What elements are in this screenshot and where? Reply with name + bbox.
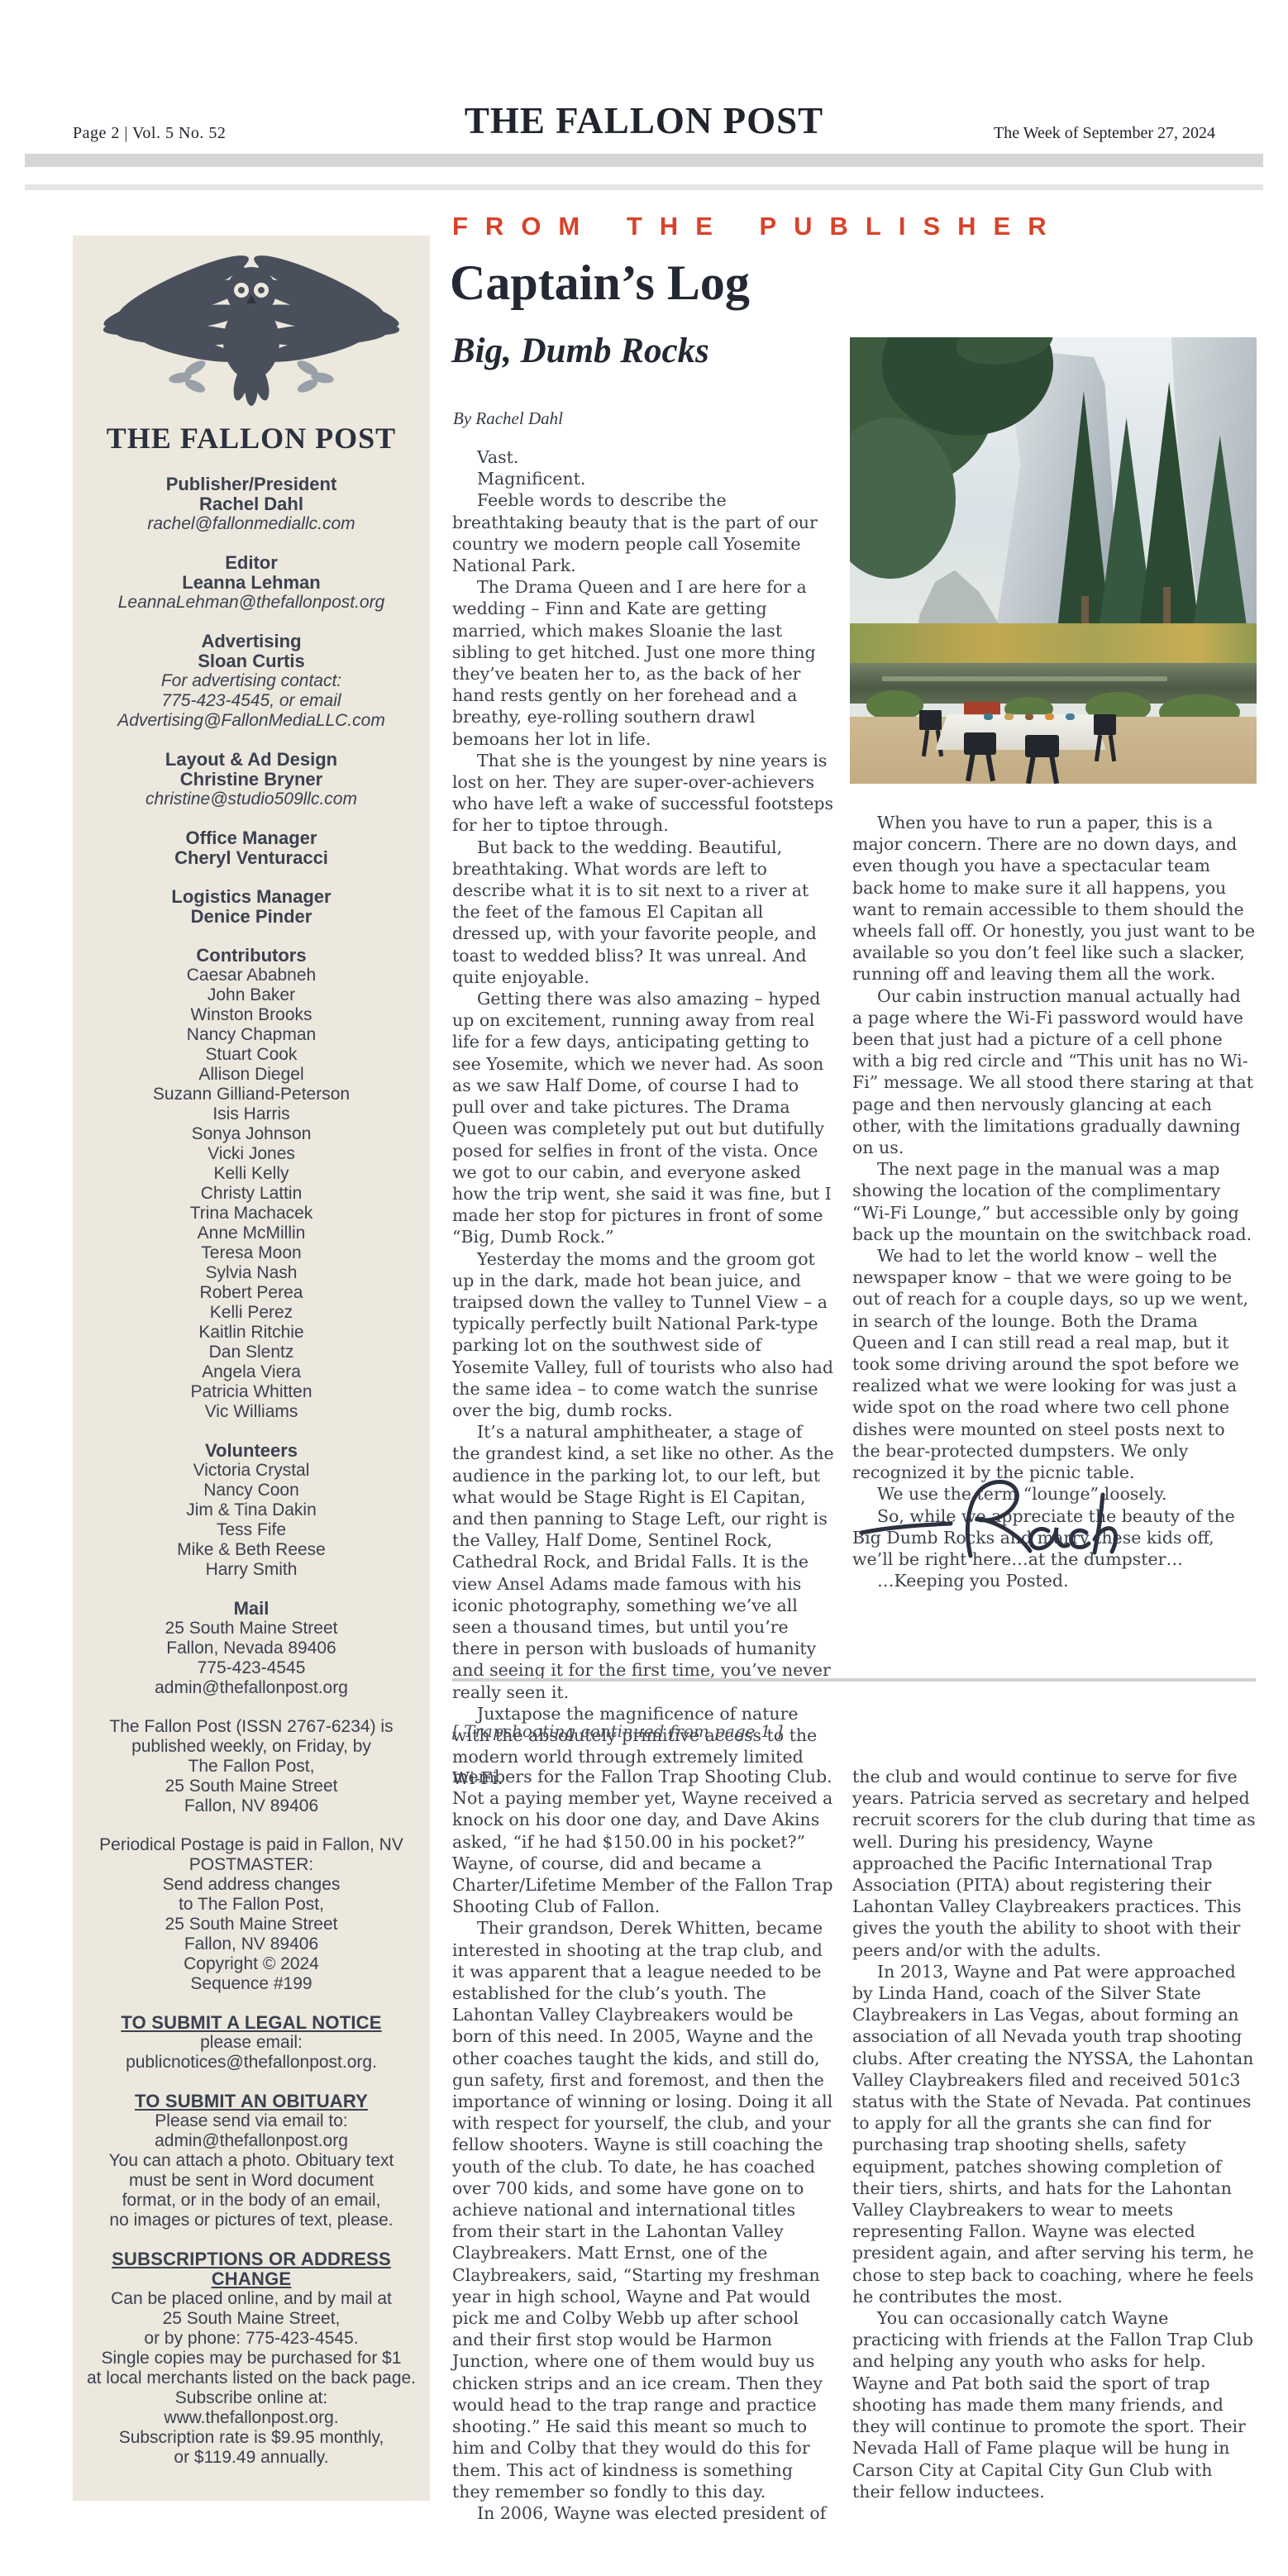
postal-line: Copyright © 2024 [73,1954,430,1974]
article-paragraph: Yesterday the moms and the groom got up … [452,1248,834,1422]
notice-line: or $119.49 annually. [73,2448,430,2468]
staff-name: Cheryl Venturacci [73,848,430,868]
contributor-name: Suzann Gilliand-Peterson [73,1085,430,1104]
mail-line: Fallon, Nevada 89406 [73,1639,430,1658]
notice-line: at local merchants listed on the back pa… [73,2368,430,2388]
rach-signature [855,1462,1128,1586]
masthead-sidebar: THE FALLON POST Publisher/President Rach… [73,236,430,2501]
contributor-name: Trina Machacek [73,1204,430,1224]
postal-line: Fallon, NV 89406 [73,1934,430,1954]
staff-name: Denice Pinder [73,907,430,927]
postal-line: 25 South Maine Street [73,1915,430,1934]
staff-name: Sloan Curtis [73,651,430,671]
contributor-name: Vic Williams [73,1402,430,1422]
staff-role: Layout & Ad Design [73,750,430,770]
staff-sections: Publisher/President Rachel Dahl rachel@f… [73,475,430,927]
notice-heading: SUBSCRIPTIONS OR ADDRESS CHANGE [73,2249,430,2289]
section-kicker: FROM THE PUBLISHER [452,212,1064,241]
mail-line: 25 South Maine Street [73,1619,430,1639]
publication-line: The Fallon Post, [73,1757,430,1777]
article-paragraph: You can occasionally catch Wayne practic… [852,2307,1256,2502]
notice-section: TO SUBMIT AN OBITUARY Please send via em… [73,2092,430,2230]
mail-section: Mail 25 South Maine StreetFallon, Nevada… [73,1599,430,1698]
article-paragraph: That she is the youngest by nine years i… [452,750,834,837]
postal-line: POSTMASTER: [73,1855,430,1875]
notice-heading: TO SUBMIT AN OBITUARY [73,2092,430,2111]
notice-line: Subscription rate is $9.95 monthly, [73,2428,430,2448]
contributor-name: Winston Brooks [73,1005,430,1025]
contributor-name: Stuart Cook [73,1045,430,1065]
staff-detail-line: 775-423-4545, or email [73,691,430,711]
article-paragraph: Vast. [452,446,834,468]
contributor-name: Robert Perea [73,1283,430,1303]
volunteer-name: Jim & Tina Dakin [73,1500,430,1520]
postal-line: Sequence #199 [73,1974,430,1994]
article-subtitle: Big, Dumb Rocks [451,331,709,371]
staff-detail-line: rachel@fallonmediallc.com [73,514,430,534]
notice-section: TO SUBMIT A LEGAL NOTICE please email:pu… [73,2013,430,2073]
mail-line: 775-423-4545 [73,1658,430,1678]
article-paragraph: The Drama Queen and I are here for a wed… [452,576,834,750]
staff-section: Editor Leanna Lehman LeannaLehman@thefal… [73,553,430,613]
publication-line: The Fallon Post (ISSN 2767-6234) is [73,1717,430,1737]
staff-detail-line: For advertising contact: [73,671,430,691]
staff-section: Publisher/President Rachel Dahl rachel@f… [73,475,430,534]
contributor-name: John Baker [73,985,430,1005]
staff-section: Logistics Manager Denice Pinder [73,887,430,927]
staff-name: Christine Bryner [73,770,430,789]
article-paragraph: members for the Fallon Trap Shooting Clu… [452,1766,834,1917]
volunteers-section: Volunteers Victoria CrystalNancy CoonJim… [73,1441,430,1580]
contributor-name: Teresa Moon [73,1243,430,1263]
staff-detail-line: christine@studio509llc.com [73,789,430,809]
photo-picnic-table [935,714,1106,750]
notice-line: Can be placed online, and by mail at [73,2289,430,2309]
contributor-name: Sylvia Nash [73,1263,430,1283]
contributor-name: Caesar Ababneh [73,966,430,985]
contributor-name: Isis Harris [73,1104,430,1124]
notice-lines: Can be placed online, and by mail at25 S… [73,2289,430,2468]
photo-table-item [1045,713,1054,721]
photo-table-item [1004,713,1014,721]
notice-line: Single copies may be purchased for $1 [73,2349,430,2368]
trapshooting-column-left: members for the Fallon Trap Shooting Clu… [452,1766,834,2524]
notice-line: You can attach a photo. Obituary text [73,2151,430,2171]
staff-role: Logistics Manager [73,887,430,907]
photo-folding-chair [1025,735,1060,757]
photo-folding-chair [919,710,942,730]
newspaper-page: Page 2 | Vol. 5 No. 52 THE FALLON POST T… [0,0,1288,2576]
postal-line: to The Fallon Post, [73,1895,430,1915]
notice-section: SUBSCRIPTIONS OR ADDRESS CHANGE Can be p… [73,2249,430,2468]
header-rule-thick [25,154,1263,167]
staff-details: For advertising contact:775-423-4545, or… [73,671,430,731]
postal-info: Periodical Postage is paid in Fallon, NV… [73,1835,430,1994]
contributors-heading: Contributors [73,946,430,966]
notice-line: Subscribe online at: [73,2388,430,2408]
section-divider [452,1678,1256,1682]
contributor-name: Kelli Kelly [73,1164,430,1184]
staff-section: Office Manager Cheryl Venturacci [73,828,430,868]
photo-welcome-sign [964,702,1000,716]
notices: TO SUBMIT A LEGAL NOTICE please email:pu… [73,2013,430,2468]
staff-detail-line: LeannaLehman@thefallonpost.org [73,593,430,613]
article-paragraph: It’s a natural amphitheater, a stage of … [452,1421,834,1703]
contributor-name: Allison Diegel [73,1065,430,1085]
notice-line: 25 South Maine Street, [73,2309,430,2329]
staff-section: Layout & Ad Design Christine Bryner chri… [73,750,430,809]
article-paragraph: Feeble words to describe the breathtakin… [452,489,834,576]
article-paragraph: Their grandson, Derek Whitten, became in… [452,1917,834,2502]
contributor-name: Kaitlin Ritchie [73,1323,430,1343]
notice-line: or by phone: 775-423-4545. [73,2329,430,2349]
contributor-name: Patricia Whitten [73,1382,430,1402]
staff-role: Editor [73,553,430,573]
staff-name: Rachel Dahl [73,494,430,514]
article-paragraph: the club and would continue to serve for… [852,1766,1256,1961]
staff-name: Leanna Lehman [73,573,430,593]
volunteer-name: Victoria Crystal [73,1461,430,1481]
photo-river-reflection [882,676,1166,680]
photo-folding-chair [964,732,996,755]
notice-line: Please send via email to: [73,2111,430,2131]
header-rule-thin [25,184,1263,190]
notice-line: admin@thefallonpost.org [73,2131,430,2151]
article-column-left: Vast.Magnificent.Feeble words to describ… [452,446,834,1790]
yosemite-photo [850,337,1257,784]
staff-detail-line: Advertising@FallonMediaLLC.com [73,711,430,731]
article-paragraph: But back to the wedding. Beautiful, brea… [452,837,834,988]
notice-lines: please email:publicnotices@thefallonpost… [73,2033,430,2073]
photo-table-item [984,713,993,721]
publication-line: 25 South Maine Street [73,1777,430,1796]
continuation-note: [ Trapshooting continued from page 1 ] [452,1721,783,1741]
notice-line: www.thefallonpost.org. [73,2408,430,2428]
article-paragraph: We had to let the world know – well the … [852,1245,1256,1483]
notice-line: publicnotices@thefallonpost.org. [73,2053,430,2073]
contributor-name: Anne McMillin [73,1224,430,1243]
article-title: Captain’s Log [450,255,750,312]
postal-line: Periodical Postage is paid in Fallon, NV [73,1835,430,1855]
volunteer-name: Tess Fife [73,1520,430,1540]
postal-line: Send address changes [73,1875,430,1895]
article-paragraph: The next page in the manual was a map sh… [852,1158,1256,1245]
staff-details: christine@studio509llc.com [73,789,430,809]
photo-folding-chair [1094,714,1116,734]
article-paragraph: Magnificent. [452,468,834,489]
staff-details: rachel@fallonmediallc.com [73,514,430,534]
notice-lines: Please send via email to:admin@thefallon… [73,2111,430,2230]
volunteer-name: Nancy Coon [73,1481,430,1500]
volunteer-name: Harry Smith [73,1560,430,1580]
notice-line: must be sent in Word document [73,2171,430,2191]
article-paragraph: In 2013, Wayne and Pat were approached b… [852,1961,1256,2307]
notice-heading: TO SUBMIT A LEGAL NOTICE [73,2013,430,2033]
article-paragraph: Our cabin instruction manual actually ha… [852,985,1256,1159]
contributors-list: Caesar AbabnehJohn BakerWinston BrooksNa… [73,966,430,1422]
publication-info: The Fallon Post (ISSN 2767-6234) ispubli… [73,1717,430,1816]
article-paragraph: When you have to run a paper, this is a … [852,812,1256,985]
staff-role: Publisher/President [73,475,430,494]
mail-heading: Mail [73,1599,430,1619]
article-paragraph: In 2006, Wayne was elected president of [452,2502,834,2524]
volunteers-heading: Volunteers [73,1441,430,1461]
volunteer-name: Mike & Beth Reese [73,1540,430,1560]
notice-line: please email: [73,2033,430,2053]
contributor-name: Dan Slentz [73,1343,430,1362]
contributor-name: Kelli Perez [73,1303,430,1323]
notice-line: no images or pictures of text, please. [73,2211,430,2230]
staff-section: Advertising Sloan Curtis For advertising… [73,632,430,731]
publication-line: published weekly, on Friday, by [73,1737,430,1757]
volunteers-list: Victoria CrystalNancy CoonJim & Tina Dak… [73,1461,430,1580]
staff-details: LeannaLehman@thefallonpost.org [73,593,430,613]
contributors-section: Contributors Caesar AbabnehJohn BakerWin… [73,946,430,1422]
trapshooting-right-paragraphs: In 2013, Wayne and Pat were approached b… [852,1961,1256,2502]
contributor-name: Sonya Johnson [73,1124,430,1144]
staff-role: Advertising [73,632,430,651]
mail-lines: 25 South Maine StreetFallon, Nevada 8940… [73,1619,430,1698]
contributor-name: Nancy Chapman [73,1025,430,1045]
article-paragraph: Getting there was also amazing – hyped u… [452,988,834,1247]
publication-line: Fallon, NV 89406 [73,1796,430,1816]
trapshooting-column-right: the club and would continue to serve for… [852,1766,1256,2502]
issue-date: The Week of September 27, 2024 [994,124,1215,143]
owl-logo-icon [94,244,408,419]
trapshooting-left-paragraphs: Their grandson, Derek Whitten, became in… [452,1917,834,2524]
contributor-name: Angela Viera [73,1362,430,1382]
notice-line: format, or in the body of an email, [73,2191,430,2211]
contributor-name: Vicki Jones [73,1144,430,1164]
staff-role: Office Manager [73,828,430,848]
article-byline: By Rachel Dahl [453,408,563,429]
sidebar-masthead: THE FALLON POST [73,421,430,456]
photo-table-item [1066,713,1075,721]
mail-line: admin@thefallonpost.org [73,1678,430,1698]
contributor-name: Christy Lattin [73,1184,430,1204]
